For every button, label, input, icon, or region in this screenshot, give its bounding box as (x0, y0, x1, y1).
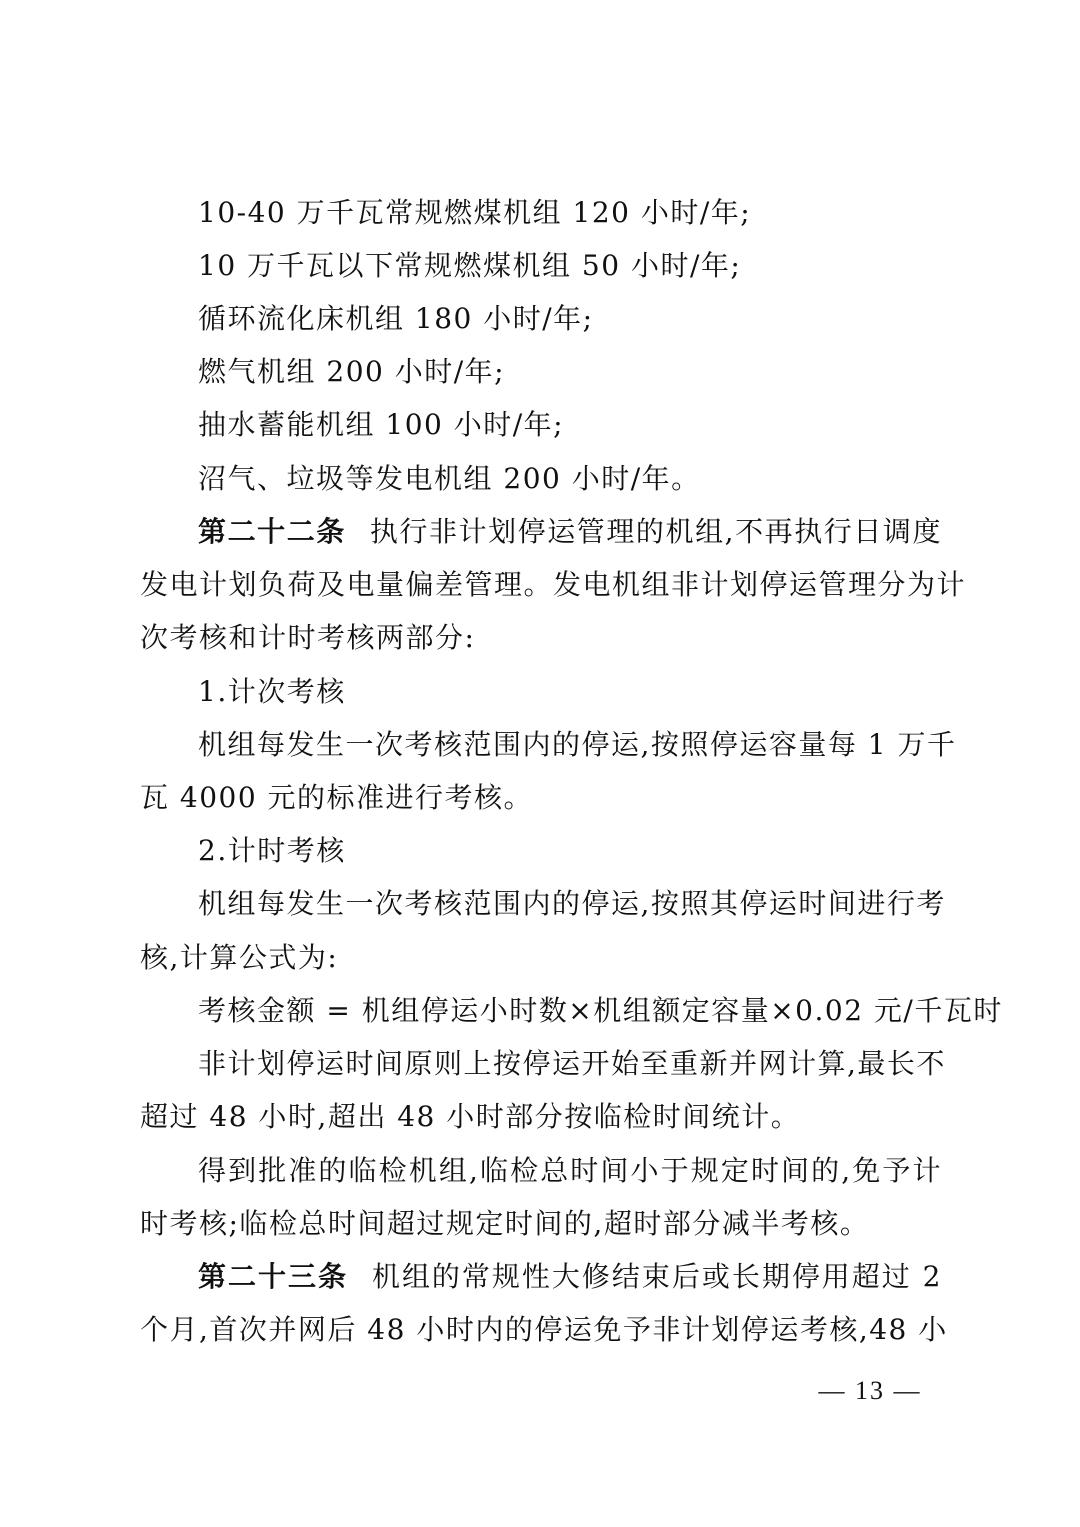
section-2-p2-text-1: 非计划停运时间原则上按停运开始至重新并网计算,最长不 (198, 1046, 942, 1082)
section-2-p2-text-2: 超过 48 小时,超出 48 小时部分按临检时间统计。 (140, 1099, 942, 1135)
section-2-p3-text-1: 得到批准的临检机组,临检总时间小于规定时间的,免予计 (198, 1153, 942, 1189)
section-2-formula: 考核金额 = 机组停运小时数×机组额定容量×0.02 元/千瓦时 (198, 993, 942, 1029)
article-23-first-line: 第二十三条机组的常规性大修结束后或长期停用超过 2 (198, 1259, 942, 1295)
article-22-text-1: 执行非计划停运管理的机组,不再执行日调度 (370, 515, 942, 548)
article-22-heading: 第二十二条 (198, 515, 346, 548)
section-1-title: 1.计次考核 (198, 674, 942, 710)
article-22-text-3: 次考核和计时考核两部分: (140, 620, 942, 656)
page-number: — 13 — (815, 1374, 925, 1408)
article-22-first-line: 第二十二条执行非计划停运管理的机组,不再执行日调度 (198, 514, 942, 550)
section-2-text-1: 机组每发生一次考核范围内的停运,按照其停运时间进行考 (198, 886, 942, 922)
list-item-gas: 燃气机组 200 小时/年; (198, 354, 942, 390)
section-2-p3-text-2: 时考核;临检总时间超过规定时间的,超时部分减半考核。 (140, 1206, 942, 1242)
document-page: 10-40 万千瓦常规燃煤机组 120 小时/年; 10 万千瓦以下常规燃煤机组… (0, 0, 1080, 1527)
list-item-biogas-waste: 沼气、垃圾等发电机组 200 小时/年。 (198, 461, 942, 497)
article-23-text-2: 个月,首次并网后 48 小时内的停运免予非计划停运考核,48 小 (140, 1312, 942, 1348)
list-item-cfb: 循环流化床机组 180 小时/年; (198, 301, 942, 337)
section-1-text-2: 瓦 4000 元的标准进行考核。 (140, 780, 942, 816)
section-2-title: 2.计时考核 (198, 833, 942, 869)
section-1-text-1: 机组每发生一次考核范围内的停运,按照停运容量每 1 万千 (198, 727, 942, 763)
section-2-text-2: 核,计算公式为: (140, 940, 942, 976)
article-23-text-1: 机组的常规性大修结束后或长期停用超过 2 (372, 1260, 942, 1293)
list-item-pumped-storage: 抽水蓄能机组 100 小时/年; (198, 407, 942, 443)
list-item-coal-10-40: 10-40 万千瓦常规燃煤机组 120 小时/年; (198, 195, 942, 231)
article-23-heading: 第二十三条 (198, 1260, 348, 1293)
list-item-coal-under-10: 10 万千瓦以下常规燃煤机组 50 小时/年; (198, 248, 942, 284)
article-22-text-2: 发电计划负荷及电量偏差管理。发电机组非计划停运管理分为计 (140, 567, 942, 603)
